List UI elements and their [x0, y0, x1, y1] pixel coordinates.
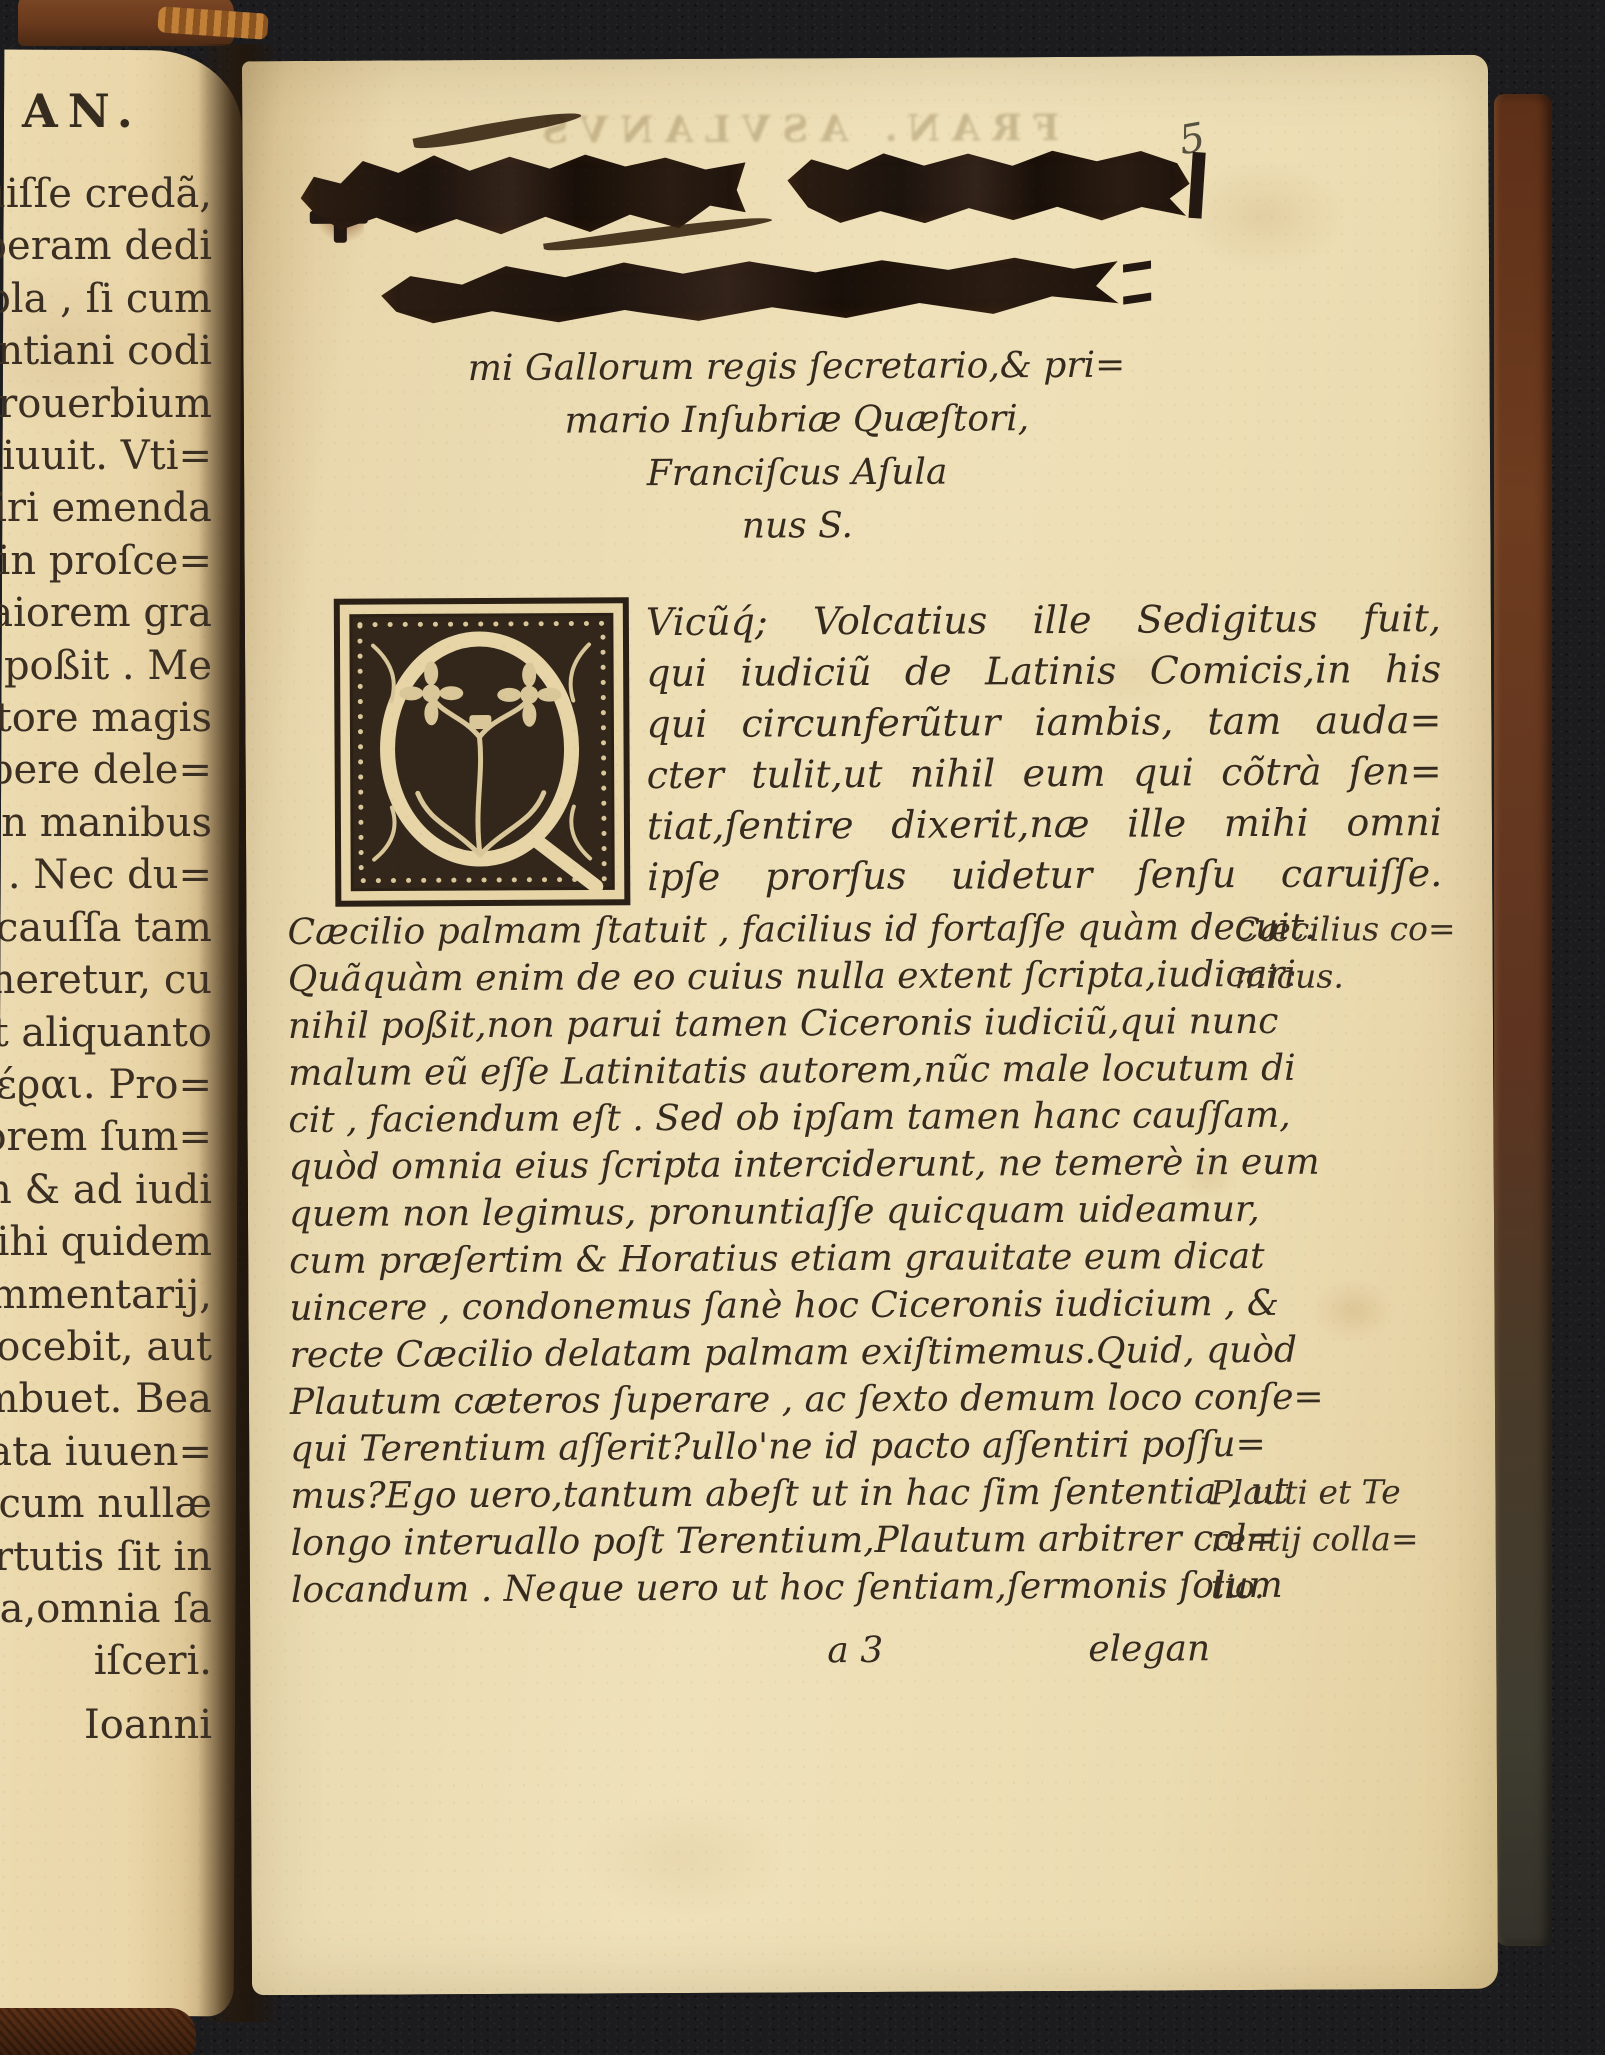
ink-redaction-hyphen-mark — [1123, 261, 1151, 305]
headband-stitching — [157, 6, 269, 40]
body-text-line: mus?Ego uero,tantum abeſt ut in hac ſim … — [290, 1468, 1210, 1520]
heading-line: nus S. — [397, 497, 1197, 554]
left-text-line: Terentiani codi — [0, 325, 212, 377]
leather-corner — [0, 2008, 196, 2055]
left-text-line: me autore magis — [0, 692, 212, 744]
left-text-line: iti operam dedi — [0, 220, 212, 272]
left-text-line: n moliri emenda — [0, 482, 212, 534]
left-page-text-column: e potuiſſe credã,iti operam dedixempla ,… — [0, 168, 212, 1688]
initial-Q-woodcut: Q — [333, 596, 632, 908]
margin-note-plauti: Plauti et Terentij colla=tio. — [1210, 1468, 1496, 1610]
body-text-line: qui Terentium aſſerit?ullo'ne id pacto a… — [290, 1421, 1210, 1473]
left-text-line: xta prouerbium — [0, 378, 212, 430]
left-text-line: inſcitia,omnia ſa — [0, 1583, 212, 1635]
left-text-line: Nam & ad iudi — [0, 1164, 212, 1216]
ink-redaction-mark — [1188, 152, 1205, 219]
left-text-line: rũ commentarij, — [0, 1269, 212, 1321]
margin-note-line: tio. — [1211, 1562, 1496, 1610]
paragraph-full-width: Cæcilio palmam ſtatuit , facilius id for… — [287, 904, 1211, 1614]
heading-line: Franciſcus Aſula — [397, 444, 1197, 501]
left-text-line: xempla , ſi cum — [0, 273, 212, 325]
body-text-line: recte Cæcilio delatam palmam exiſtimemus… — [290, 1327, 1210, 1379]
body-text-line: locandum . Neque uero ut hoc ſentiam,ſer… — [291, 1562, 1211, 1614]
left-text-line: n ſunt aliquanto — [0, 1007, 212, 1059]
ink-redaction-line-1-right — [787, 142, 1190, 228]
left-text-line: uam imbuet. Bea — [0, 1373, 212, 1425]
body-text-line: Quãquàm enim de eo cuius nulla extent ſc… — [288, 951, 1208, 1003]
body-text-line: Plautum cæteros ſuperare , ac ſexto demu… — [290, 1374, 1210, 1426]
left-catchword: Ioanni — [0, 1702, 212, 1748]
gathering-signature: a 3 — [790, 1630, 920, 1672]
heading-line: mario Inſubriæ Quæſtori, — [397, 391, 1197, 448]
left-text-line: ũc autorem ſum= — [0, 1111, 212, 1163]
body-text-line: ipſe prorſus uidetur ſenſu caruiſſe. — [647, 848, 1442, 903]
left-text-line: bus mihi quidem — [0, 1216, 212, 1268]
left-text-line: rentiũ in proſce= — [0, 535, 212, 587]
body-text-line: qui circunferũtur iambis, tam auda= — [646, 695, 1441, 750]
body-text-line: malum eũ eſſe Latinitatis autorem,nũc ma… — [288, 1045, 1208, 1097]
paragraph-beside-initial: Vicũq́; Volcatius ille Sedigitus fuit,qu… — [646, 593, 1443, 903]
woodcut-graphic — [333, 596, 632, 908]
margin-note-caecilius: Cæcilius co=micus. — [1234, 905, 1494, 1000]
margin-note-line: Cæcilius co= — [1234, 905, 1494, 953]
body-text-line: quem non legimus, pronuntiaſſe quicquam … — [289, 1186, 1209, 1238]
left-text-line: ntius docebit, aut — [0, 1321, 212, 1373]
body-text-line: cit , faciendum eſt . Sed ob ipſam tamen… — [288, 1092, 1208, 1144]
body-text-line: Cæcilio palmam ſtatuit , facilius id for… — [287, 904, 1207, 956]
left-text-line: cio maiorem gra — [0, 587, 212, 639]
body-text-line: uincere , condonemus ſanè hoc Ciceronis … — [289, 1280, 1209, 1332]
margin-note-line: micus. — [1235, 952, 1495, 1000]
left-text-line: ere adiuuit. Vti= — [0, 430, 212, 482]
body-text-line: nihil poßit,non parui tamen Ciceronis iu… — [288, 998, 1208, 1050]
book-photo: AN. e potuiſſe credã,iti operam dedixemp… — [0, 0, 1605, 2055]
ink-redaction-line-1-left — [300, 149, 745, 237]
book-cover-edge — [1494, 94, 1552, 1946]
left-text-line: uam poßit . Me — [0, 640, 212, 692]
catchword: elegan — [1088, 1628, 1210, 1670]
left-text-line: n dedolata iuuen= — [0, 1426, 212, 1478]
body-text-line: qui iudiciũ de Latinis Comicis,in his — [646, 644, 1441, 699]
left-text-line: it tantopere dele= — [0, 744, 212, 796]
left-text-line: e potuiſſe credã, — [0, 168, 212, 220]
ink-redaction-line-2 — [381, 248, 1119, 330]
heading-line: mi Gallorum regis ſecretario,& pri= — [396, 338, 1196, 395]
right-page: FRAN. ASVLANVS 5 mi Gallorum regis ſecre… — [242, 55, 1498, 1995]
margin-note-line: Plauti et Te — [1210, 1468, 1495, 1516]
body-text-line: Vicũq́; Volcatius ille Sedigitus fuit, — [646, 593, 1441, 648]
margin-note-line: rentij colla= — [1211, 1515, 1496, 1563]
body-text-line: tiat,ſentire dixerit,næ ille mihi omni — [647, 797, 1442, 852]
left-text-line: undiæ cauſſa tam — [0, 902, 212, 954]
body-text-line: quòd omnia eius ſcripta interciderunt, n… — [289, 1139, 1209, 1191]
signature-row: a 3 elegan — [250, 1627, 1496, 1684]
left-text-line: eretur . Nec du= — [0, 849, 212, 901]
left-text-line: fieri meretur, cu — [0, 954, 212, 1006]
left-text-line: mper in manibus — [0, 797, 212, 849]
body-text-line: cum præſertim & Horatius etiam grauitate… — [289, 1233, 1209, 1285]
left-running-header: AN. — [22, 84, 143, 138]
left-text-line: Nunc cum nullæ — [0, 1478, 212, 1530]
body-text-line: cter tulit,ut nihil eum qui cõtrà ſen= — [647, 746, 1442, 801]
body-text-line: longo interuallo poſt Terentium,Plautum … — [291, 1515, 1211, 1567]
book-spine-top — [18, 0, 234, 46]
left-text-line: que uirtutis ſit in — [0, 1531, 212, 1583]
left-text-line: iſceri. — [94, 1635, 212, 1687]
left-text-line: ηβϱιχϑτέϱαι. Pro= — [0, 1059, 212, 1111]
showthrough-running-header: FRAN. ASVLANVS — [539, 107, 1059, 152]
dedication-heading: mi Gallorum regis ſecretario,& pri=mario… — [396, 338, 1197, 554]
